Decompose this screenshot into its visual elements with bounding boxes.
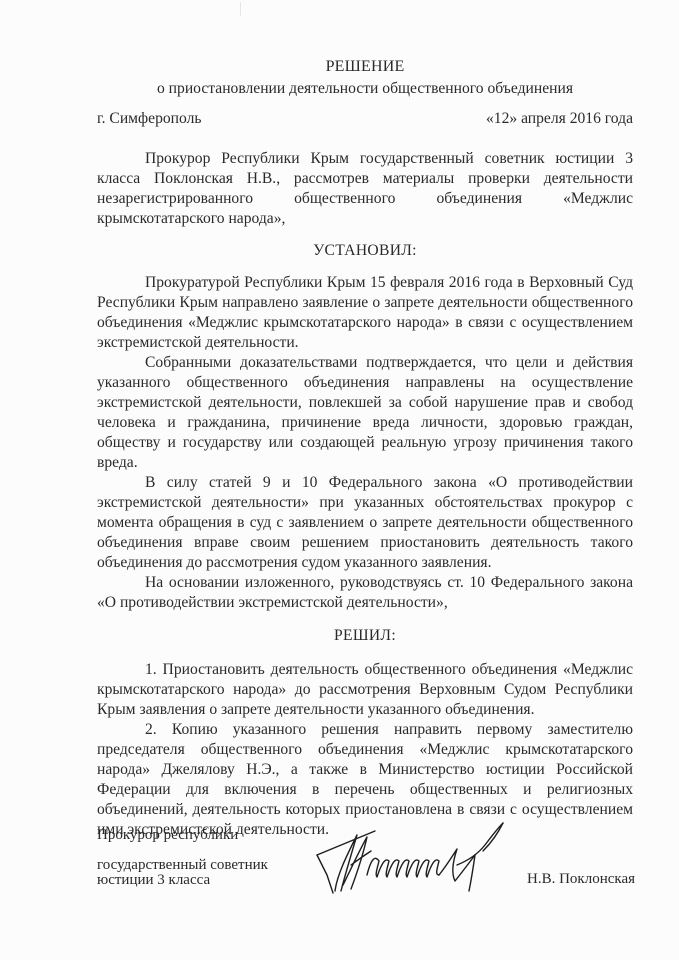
document-title: РЕШЕНИЕ — [97, 57, 633, 77]
established-paragraph-4: На основании изложенного, руководствуясь… — [97, 573, 633, 613]
document-page: РЕШЕНИЕ о приостановлении деятельности о… — [0, 0, 679, 960]
decided-item-1: 1. Приостановить деятельность общественн… — [97, 660, 633, 720]
scan-artifact — [240, 2, 241, 16]
document-body: РЕШЕНИЕ о приостановлении деятельности о… — [97, 57, 633, 840]
date: «12» апреля 2016 года — [486, 109, 633, 129]
established-paragraph-2: Собранными доказательствами подтверждает… — [97, 353, 633, 473]
document-subtitle: о приостановлении деятельности обществен… — [97, 79, 633, 99]
established-heading: УСТАНОВИЛ: — [97, 241, 633, 261]
decided-heading: РЕШИЛ: — [97, 626, 633, 646]
intro-paragraph: Прокурор Республики Крым государственный… — [97, 149, 633, 229]
signatory-position-line-3: юстиции 3 класса — [97, 872, 210, 888]
signature-block: Прокурор республики государственный сове… — [97, 827, 637, 897]
place-date-line: г. Симферополь «12» апреля 2016 года — [97, 109, 633, 129]
handwritten-signature-icon — [307, 815, 517, 899]
signatory-position-line-2: государственный советник — [97, 857, 268, 873]
place: г. Симферополь — [97, 109, 202, 129]
signatory-position-line-1: Прокурор республики — [97, 827, 238, 843]
established-paragraph-3: В силу статей 9 и 10 Федерального закона… — [97, 473, 633, 573]
established-paragraph-1: Прокуратурой Республики Крым 15 февраля … — [97, 273, 633, 353]
signatory-name: Н.В. Поклонская — [527, 871, 635, 887]
